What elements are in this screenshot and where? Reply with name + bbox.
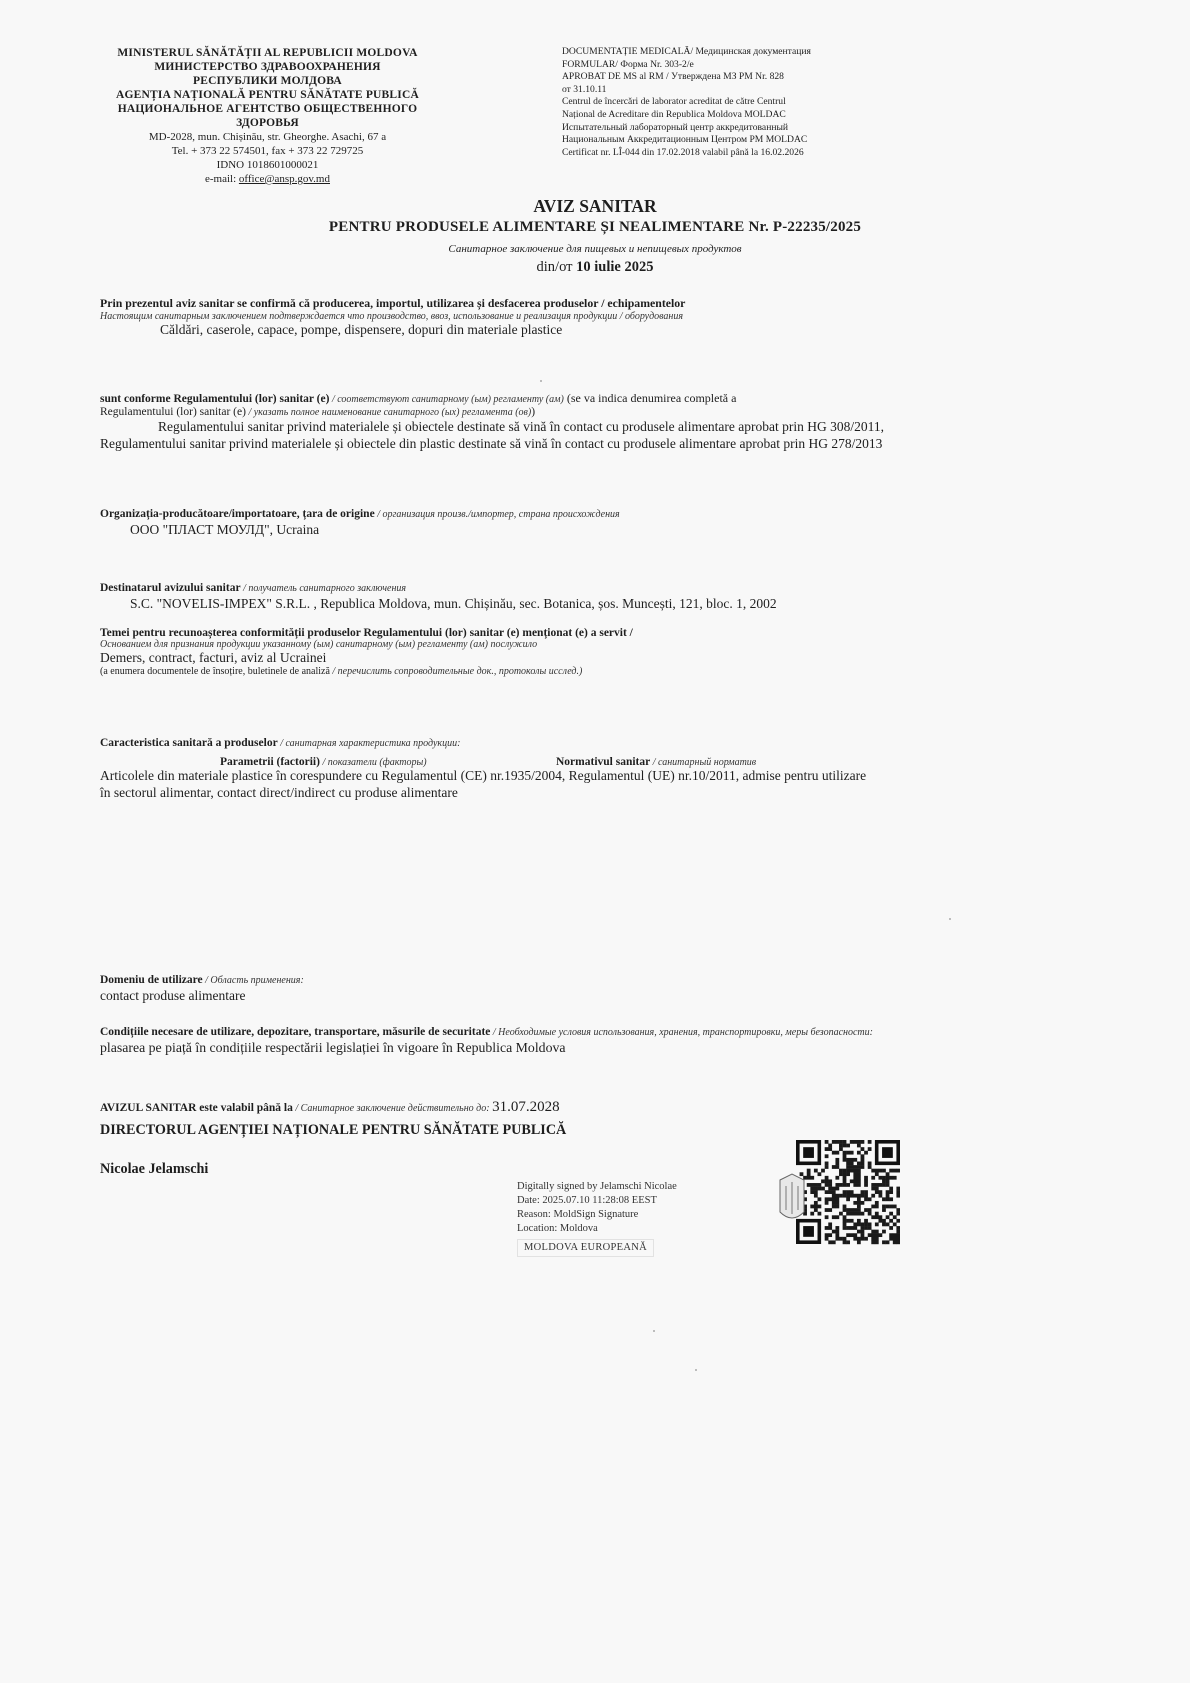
document-date: din/от 10 iulie 2025 <box>0 259 1190 276</box>
recipient-label-ru: / получатель санитарного заключения <box>241 583 407 594</box>
regulation-label2-ru: / указать полное наименование санитарног… <box>246 407 531 418</box>
signature-date: Date: 2025.07.10 11:28:08 EEST <box>517 1194 677 1208</box>
products-value: Căldări, caserole, capace, pompe, dispen… <box>100 322 920 338</box>
regulation-label-row: sunt conforme Regulamentului (lor) sanit… <box>100 391 910 406</box>
form-meta-line: FORMULAR/ Форма Nr. 303-2/e <box>562 59 882 72</box>
conditions-label-row: Condițiile necesare de utilizare, depozi… <box>100 1024 880 1040</box>
regulation-section: sunt conforme Regulamentului (lor) sanit… <box>100 391 910 452</box>
qr-code-icon <box>776 1140 900 1256</box>
issuer-line: AGENȚIA NAȚIONALĂ PENTRU SĂNĂTATE PUBLIC… <box>95 88 440 102</box>
domain-label-row: Domeniu de utilizare / Область применени… <box>100 970 920 988</box>
qr-code-graphic <box>776 1140 900 1256</box>
conditions-section: Condițiile necesare de utilizare, depozi… <box>100 1024 880 1056</box>
characteristics-label-row: Caracteristica sanitară a produselor / с… <box>100 733 900 751</box>
regulation-label: sunt conforme Regulamentului (lor) sanit… <box>100 393 329 405</box>
signature-location: Location: Moldova <box>517 1222 677 1236</box>
form-meta-line: Certificat nr. LÎ-044 din 17.02.2018 val… <box>562 147 882 160</box>
grounds-hint: (a enumera documentele de însoțire, bule… <box>100 666 330 677</box>
form-meta-line: DOCUMENTAȚIE MEDICALĂ/ Медицинская докум… <box>562 46 882 59</box>
conditions-label-ru: / Необходимые условия использования, хра… <box>490 1027 873 1038</box>
products-section: Prin prezentul aviz sanitar se confirmă … <box>100 296 920 338</box>
form-meta-line: APROBAT DE MS al RM / Утверждена МЗ РМ N… <box>562 71 882 84</box>
regulation-label2-end: ) <box>531 406 535 418</box>
characteristics-columns: Parametrii (factorii) / показатели (факт… <box>100 751 900 767</box>
regulation-note: (se va indica denumirea completă a <box>564 391 737 405</box>
characteristics-label-ru: / санитарная характеристика продукции: <box>278 738 461 749</box>
director-title: DIRECTORUL AGENȚIEI NAȚIONALE PENTRU SĂN… <box>100 1122 920 1139</box>
norm-column-header: Normativul sanitar / санитарный норматив <box>556 752 756 770</box>
recipient-label: Destinatarul avizului sanitar <box>100 582 241 594</box>
issuer-line: ЗДОРОВЬЯ <box>95 116 440 130</box>
issuer-line: НАЦИОНАЛЬНОЕ АГЕНТСТВО ОБЩЕСТВЕННОГО <box>95 102 440 116</box>
issuer-header: MINISTERUL SĂNĂTĂȚII AL REPUBLICII MOLDO… <box>95 46 440 186</box>
producer-label-ru: / организация произв./импортер, страна п… <box>375 509 620 520</box>
recipient-value: S.C. "NOVELIS-IMPEX" S.R.L. , Republica … <box>100 596 930 612</box>
digital-signature: Digitally signed by Jelamschi Nicolae Da… <box>517 1180 677 1257</box>
characteristics-label: Caracteristica sanitară a produselor <box>100 737 278 749</box>
issuer-email-row: e-mail: office@ansp.gov.md <box>95 172 440 186</box>
producer-section: Organizația-producătoare/importatoare, ț… <box>100 504 920 538</box>
norm-label: Normativul sanitar <box>556 756 650 768</box>
issuer-phone: Tel. + 373 22 574501, fax + 373 22 72972… <box>95 144 440 158</box>
characteristics-section: Caracteristica sanitară a produselor / с… <box>100 733 900 801</box>
grounds-hint-ru: / перечислить сопроводительные док., про… <box>330 666 582 677</box>
params-label: Parametrii (factorii) <box>220 756 320 768</box>
regulation-value-first: Regulamentului sanitar privind materiale… <box>100 419 779 434</box>
grounds-label: Temei pentru recunoașterea conformității… <box>100 627 920 639</box>
grounds-label-ru: Основанием для признания продукции указа… <box>100 639 920 650</box>
date-prefix: din/от <box>537 259 577 275</box>
grounds-hint-row: (a enumera documentele de însoțire, bule… <box>100 666 920 677</box>
coat-of-arms-icon <box>780 1174 804 1218</box>
producer-value: ООО "ПЛАСТ МОУЛД", Ucraina <box>100 522 920 538</box>
form-meta-line: Național de Acreditare din Republica Mol… <box>562 109 882 122</box>
date-value: 10 iulie 2025 <box>576 259 653 275</box>
document-page: MINISTERUL SĂNĂTĂȚII AL REPUBLICII MOLDO… <box>0 0 1190 1683</box>
norm-label-ru: / санитарный норматив <box>650 757 756 768</box>
document-subtitle-ru: Санитарное заключение для пищевых и непи… <box>0 243 1190 255</box>
signature-badge: MOLDOVA EUROPEANĂ <box>517 1239 654 1257</box>
validity-date: 31.07.2028 <box>492 1099 560 1115</box>
issuer-line: РЕСПУБЛИКИ МОЛДОВА <box>95 74 440 88</box>
recipient-label-row: Destinatarul avizului sanitar / получате… <box>100 578 930 596</box>
form-meta-line: Испытательный лабораторный центр аккреди… <box>562 122 882 135</box>
form-meta-line: Национальным Аккредитационным Центром РМ… <box>562 134 882 147</box>
document-title: AVIZ SANITAR <box>0 196 1190 217</box>
scan-speck <box>653 1330 655 1332</box>
form-meta-line: от 31.10.11 <box>562 84 882 97</box>
regulation-label-ru: / соответствуют санитарному (ым) регламе… <box>329 394 563 405</box>
document-subtitle: PENTRU PRODUSELE ALIMENTARE ȘI NEALIMENT… <box>0 219 1190 236</box>
domain-section: Domeniu de utilizare / Область применени… <box>100 970 920 1004</box>
validity-label: AVIZUL SANITAR este valabil până la <box>100 1102 293 1114</box>
scan-speck <box>695 1369 697 1371</box>
producer-label-row: Organizația-producătoare/importatoare, ț… <box>100 504 920 522</box>
recipient-section: Destinatarul avizului sanitar / получате… <box>100 578 930 612</box>
conditions-value: plasarea pe piață în condițiile respectă… <box>100 1040 880 1056</box>
params-column-header: Parametrii (factorii) / показатели (факт… <box>220 752 427 770</box>
issuer-address: MD-2028, mun. Chișinău, str. Gheorghe. A… <box>95 130 440 144</box>
scan-speck <box>540 380 542 382</box>
issuer-line: МИНИСТЕРСТВО ЗДРАВООХРАНЕНИЯ <box>95 60 440 74</box>
grounds-value: Demers, contract, facturi, aviz al Ucrai… <box>100 650 920 666</box>
email-label: e-mail: <box>205 173 239 185</box>
regulation-value: Regulamentului sanitar privind materiale… <box>100 418 910 452</box>
signature-reason: Reason: MoldSign Signature <box>517 1208 677 1222</box>
form-metadata: DOCUMENTAȚIE MEDICALĂ/ Медицинская докум… <box>562 46 882 159</box>
characteristics-value: Articolele din materiale plastice în cor… <box>100 767 880 801</box>
producer-label: Organizația-producătoare/importatoare, ț… <box>100 508 375 520</box>
issuer-idno: IDNO 1018601000021 <box>95 158 440 172</box>
email-link[interactable]: office@ansp.gov.md <box>239 173 330 185</box>
products-label-ru: Настоящим санитарным заключением подтвер… <box>100 311 920 322</box>
domain-label: Domeniu de utilizare <box>100 974 203 986</box>
scan-speck <box>949 918 951 920</box>
form-meta-line: Centrul de încercări de laborator acredi… <box>562 96 882 109</box>
regulation-label2-row: Regulamentului (lor) sanitar (e) / указа… <box>100 406 910 418</box>
signed-by: Digitally signed by Jelamschi Nicolae <box>517 1180 677 1194</box>
domain-value: contact produse alimentare <box>100 988 920 1004</box>
domain-label-ru: / Область применения: <box>203 975 304 986</box>
params-label-ru: / показатели (факторы) <box>320 757 427 768</box>
validity-row: AVIZUL SANITAR este valabil până la / Са… <box>100 1098 920 1116</box>
issuer-line: MINISTERUL SĂNĂTĂȚII AL REPUBLICII MOLDO… <box>95 46 440 60</box>
regulation-label2: Regulamentului (lor) sanitar (e) <box>100 406 246 418</box>
validity-label-ru: / Санитарное заключение действительно до… <box>293 1103 492 1114</box>
grounds-section: Temei pentru recunoașterea conformității… <box>100 627 920 677</box>
conditions-label: Condițiile necesare de utilizare, depozi… <box>100 1026 490 1038</box>
products-label: Prin prezentul aviz sanitar se confirmă … <box>100 296 920 311</box>
